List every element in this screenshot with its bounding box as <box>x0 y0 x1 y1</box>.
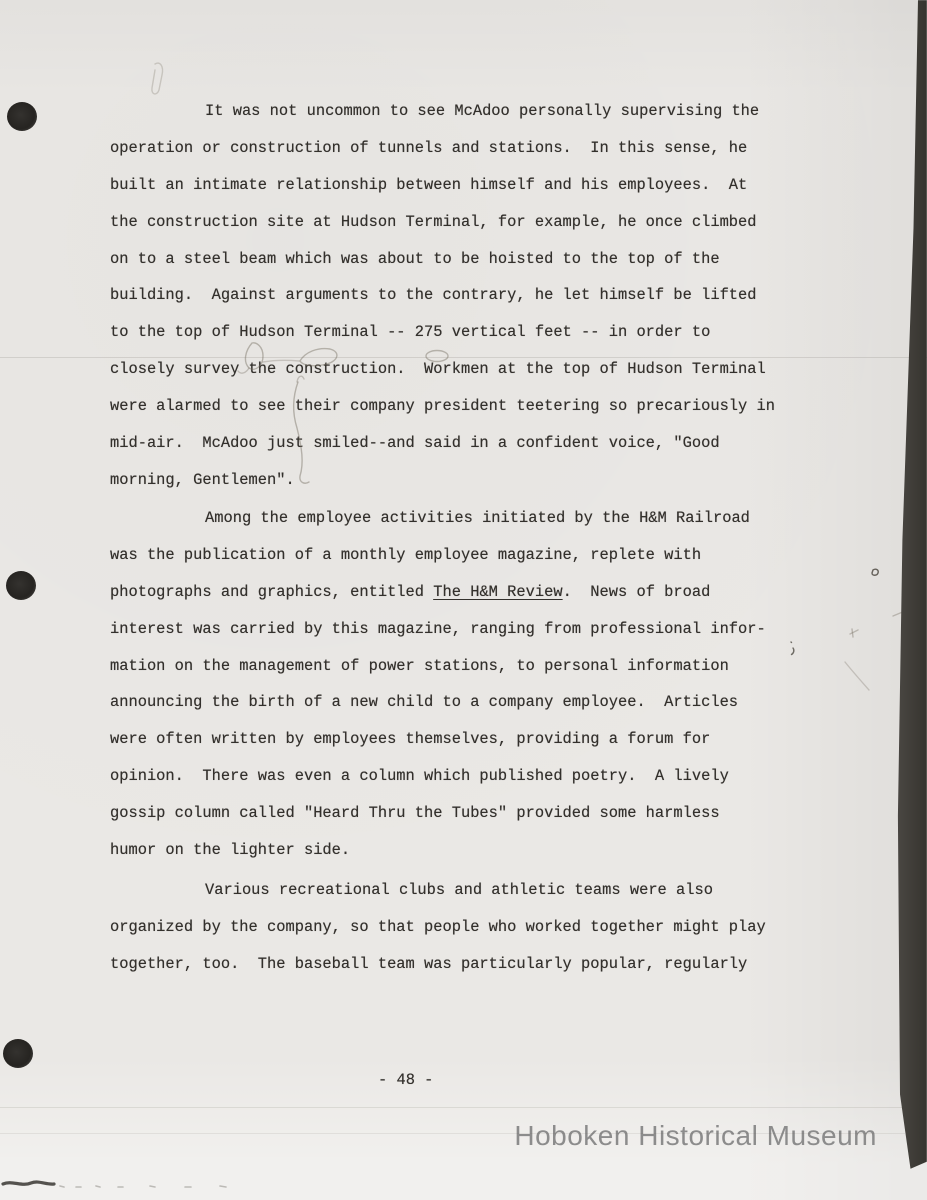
typed-line: on to a steel beam which was about to be… <box>110 241 830 278</box>
typed-line: humor on the lighter side. <box>110 832 830 869</box>
watermark-text: Hoboken Historical Museum <box>514 1120 877 1152</box>
paragraph-2: Among the employee activities initiated … <box>110 500 830 869</box>
typed-line: opinion. There was even a column which p… <box>110 758 830 795</box>
typed-line: were alarmed to see their company presid… <box>110 388 830 425</box>
scanner-background-edge <box>897 0 927 1200</box>
typed-line: interest was carried by this magazine, r… <box>110 611 830 648</box>
typed-line: Among the employee activities initiated … <box>110 500 830 537</box>
paragraph-1: It was not uncommon to see McAdoo person… <box>110 93 830 499</box>
typed-line: mation on the management of power statio… <box>110 648 830 685</box>
typed-line: together, too. The baseball team was par… <box>110 946 830 983</box>
typed-line: the construction site at Hudson Terminal… <box>110 204 830 241</box>
page-number: - 48 - <box>378 1070 433 1090</box>
typed-line: operation or construction of tunnels and… <box>110 130 830 167</box>
typed-line: announcing the birth of a new child to a… <box>110 684 830 721</box>
scanned-document-page: It was not uncommon to see McAdoo person… <box>0 0 927 1200</box>
crease-line <box>0 1107 910 1108</box>
hole-punch-dot-top <box>7 102 37 131</box>
hole-punch-dot-bottom <box>3 1039 33 1068</box>
typed-line: gossip column called "Heard Thru the Tub… <box>110 795 830 832</box>
underlined-title: The H&M Review <box>433 583 562 601</box>
paragraph-3: Various recreational clubs and athletic … <box>110 872 830 983</box>
typed-line: built an intimate relationship between h… <box>110 167 830 204</box>
typed-line: Various recreational clubs and athletic … <box>110 872 830 909</box>
typed-line: mid-air. McAdoo just smiled--and said in… <box>110 425 830 462</box>
typed-line: organized by the company, so that people… <box>110 909 830 946</box>
typed-line: building. Against arguments to the contr… <box>110 277 830 314</box>
typed-line: It was not uncommon to see McAdoo person… <box>110 93 830 130</box>
typed-line: photographs and graphics, entitled The H… <box>110 574 830 611</box>
typed-line: to the top of Hudson Terminal -- 275 ver… <box>110 314 830 351</box>
typed-line: morning, Gentlemen". <box>110 462 830 499</box>
crease-line <box>0 357 927 358</box>
typed-line: were often written by employees themselv… <box>110 721 830 758</box>
crease-line <box>0 1133 905 1134</box>
typed-line: was the publication of a monthly employe… <box>110 537 830 574</box>
hole-punch-dot-middle <box>6 571 36 600</box>
